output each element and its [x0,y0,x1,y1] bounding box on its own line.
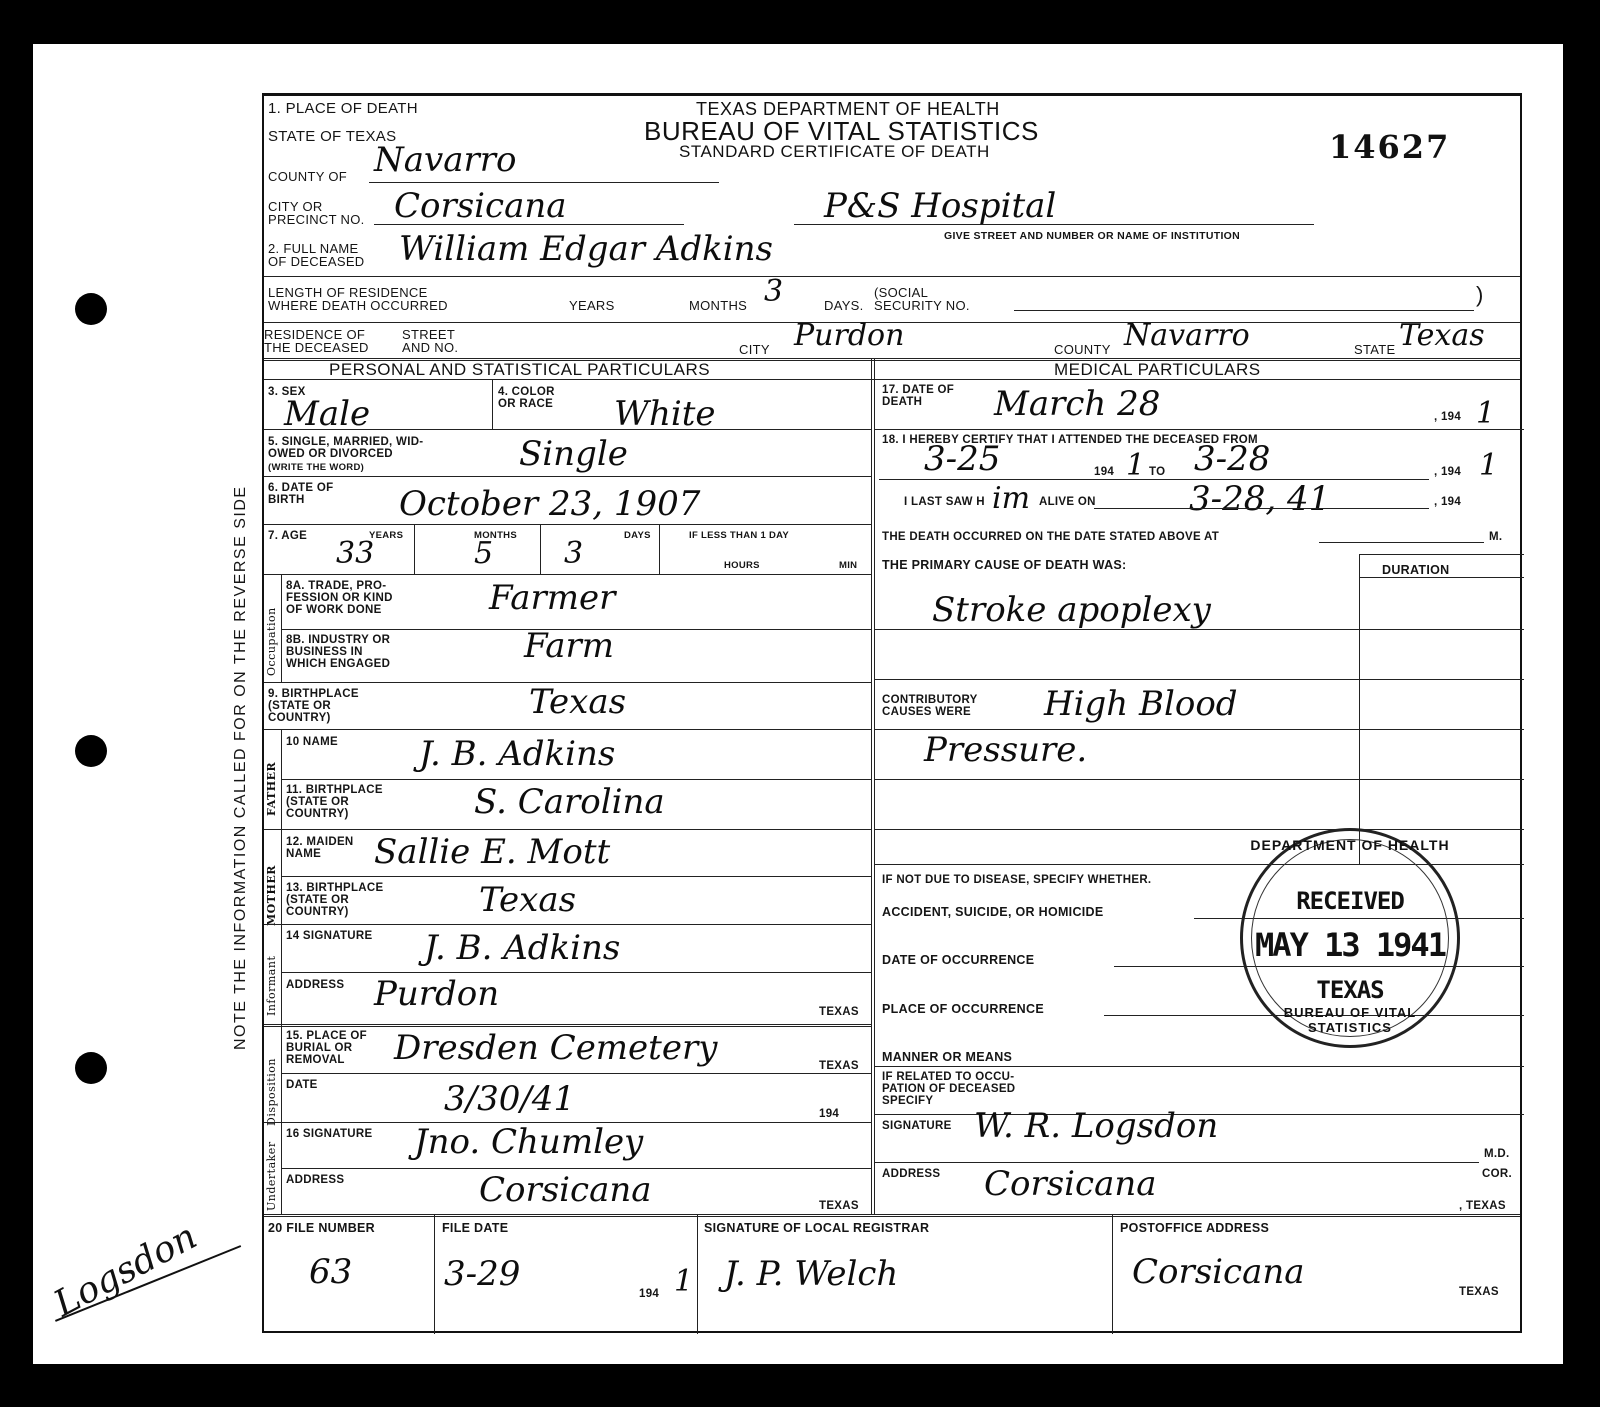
marital-value: Single [519,436,628,472]
years-label: YEARS [569,299,615,312]
to-label: TO [1149,466,1165,478]
death-occurred-label: THE DEATH OCCURRED ON THE DATE STATED AB… [882,531,1219,543]
institution-hint: GIVE STREET AND NUMBER OR NAME OF INSTIT… [944,230,1240,242]
industry-value: Farm [524,628,614,664]
age-months-value: 5 [474,536,493,572]
death-certificate-form: 1. PLACE OF DEATH STATE OF TEXAS TEXAS D… [262,93,1522,1333]
informant-address-value: Purdon [374,976,499,1012]
less-than-day-label: IF LESS THAN 1 DAY [689,530,789,542]
res-county-value: Navarro [1124,318,1250,354]
column-divider [871,358,875,1214]
alive-on-label: ALIVE ON [1039,496,1096,508]
primary-cause-label: THE PRIMARY CAUSE OF DEATH WAS: [882,559,1127,571]
father-group-label: FATHER [265,762,278,816]
file-number-value: 63 [309,1254,352,1290]
res-city-label: CITY [739,343,770,356]
ssn-label: (SOCIAL SECURITY NO. [874,286,970,312]
punch-hole-icon [75,735,107,767]
burial-date-label: DATE [286,1079,318,1091]
place-of-death-label: 1. PLACE OF DEATH [268,102,418,116]
deceased-name-value: William Edgar Adkins [399,231,773,267]
age-label: 7. AGE [268,530,307,542]
city-label: CITY OR PRECINCT NO. [268,200,365,226]
contributory-label: CONTRIBUTORY CAUSES WERE [882,694,978,718]
duration-label: DURATION [1382,564,1449,576]
file-date-label: FILE DATE [442,1222,508,1234]
trade-label: 8A. TRADE, PRO- FESSION OR KIND OF WORK … [286,580,393,616]
medical-section-title: MEDICAL PARTICULARS [1054,360,1261,380]
race-label: 4. COLOR OR RACE [498,386,555,410]
mother-name-value: Sallie E. Mott [374,834,610,870]
days-label: DAYS. [824,299,864,312]
mother-group-label: MOTHER [265,865,278,926]
undertaker-group-label: Undertaker [265,1141,278,1211]
file-year-digit: 1 [674,1264,693,1300]
personal-section-title: PERSONAL AND STATISTICAL PARTICULARS [329,360,710,380]
dob-value: October 23, 1907 [399,486,700,522]
age-days-value: 3 [564,536,583,572]
death-date-label: 17. DATE OF DEATH [882,384,954,408]
age-years-value: 33 [336,536,374,572]
occupation-group-label: Occupation [265,607,278,676]
undertaker-signature-label: 16 SIGNATURE [286,1128,372,1140]
md-label: M.D. [1484,1148,1509,1160]
informant-texas: TEXAS [819,1006,859,1018]
res-state-value: Texas [1399,318,1485,354]
stamp-date: MAY 13 1941 [1243,926,1457,964]
last-saw-year-prefix: , 194 [1434,496,1461,508]
contributory-value-2: Pressure. [924,732,1087,768]
reverse-side-note: NOTE THE INFORMATION CALLED FOR ON THE R… [232,485,250,1050]
form-title: STANDARD CERTIFICATE OF DEATH [679,142,990,162]
stamp-bottom-text: BUREAU OF VITAL STATISTICS [1243,1005,1457,1035]
street-label: STREET AND NO. [402,328,458,354]
informant-group-label: Informant [265,956,278,1016]
res-city-value: Purdon [794,318,904,354]
primary-cause-value: Stroke apoplexy [932,592,1211,628]
father-birthplace-value: S. Carolina [474,784,665,820]
postoffice-label: POSTOFFICE ADDRESS [1120,1222,1269,1234]
physician-address-label: ADDRESS [882,1168,940,1180]
registrar-value: J. P. Welch [724,1256,898,1292]
institution-value: P&S Hospital [824,188,1056,224]
sex-value: Male [284,396,370,432]
occurrence-place-label: PLACE OF OCCURRENCE [882,1003,1044,1015]
county-label: COUNTY OF [268,170,347,184]
occurrence-date-label: DATE OF OCCURRENCE [882,954,1034,966]
birthplace-value: Texas [529,684,626,720]
death-year-digit: 1 [1476,396,1495,432]
res-state-label: STATE [1354,343,1395,356]
last-saw-value: 3-28, 41 [1189,481,1330,517]
death-year-prefix: , 194 [1434,411,1461,423]
months-value: 3 [764,274,783,310]
file-year-prefix: 194 [639,1288,659,1300]
informant-signature-value: J. B. Adkins [424,930,620,966]
trade-value: Farmer [489,580,615,616]
residence-length-label: LENGTH OF RESIDENCE WHERE DEATH OCCURRED [268,286,448,312]
father-name-value: J. B. Adkins [419,736,615,772]
m-label: M. [1489,531,1502,543]
undertaker-signature-value: Jno. Chumley [414,1124,643,1160]
informant-address-label: ADDRESS [286,979,344,991]
stamp-received: RECEIVED [1243,887,1457,915]
marital-label: 5. SINGLE, MARRIED, WID- OWED OR DIVORCE… [268,436,423,460]
burial-year-prefix: 194 [819,1108,839,1120]
burial-date-value: 3/30/41 [444,1081,575,1117]
county-value: Navarro [374,142,516,178]
res-county-label: COUNTY [1054,343,1111,356]
father-birthplace-label: 11. BIRTHPLACE (STATE OR COUNTRY) [286,784,383,820]
manner-label: MANNER OR MEANS [882,1051,1012,1063]
months-label: MONTHS [689,299,747,312]
certificate-number: 14627 [1329,128,1450,166]
physician-address-value: Corsicana [984,1166,1157,1202]
min-label: MIN [839,560,857,572]
burial-value: Dresden Cemetery [394,1030,717,1066]
file-date-value: 3-29 [444,1256,520,1292]
file-number-label: 20 FILE NUMBER [268,1222,375,1234]
postoffice-value: Corsicana [1132,1254,1305,1290]
physician-signature-value: W. R. Logsdon [974,1108,1218,1144]
dob-label: 6. DATE OF BIRTH [268,482,333,506]
residence-label: RESIDENCE OF THE DECEASED [264,328,369,354]
received-stamp: DEPARTMENT OF HEALTH RECEIVED MAY 13 194… [1240,828,1460,1048]
attended-from-year-prefix: 194 [1094,466,1114,478]
informant-signature-label: 14 SIGNATURE [286,930,372,942]
last-saw-pronoun: im [992,481,1030,517]
not-disease-label: IF NOT DUE TO DISEASE, SPECIFY WHETHER. [882,874,1151,886]
accident-label: ACCIDENT, SUICIDE, OR HOMICIDE [882,906,1104,918]
city-value: Corsicana [394,188,567,224]
attended-to-year: 1 [1479,448,1498,484]
industry-label: 8B. INDUSTRY OR BUSINESS IN WHICH ENGAGE… [286,634,390,670]
undertaker-address-value: Corsicana [479,1172,652,1208]
race-value: White [614,396,716,432]
mother-birthplace-label: 13. BIRTHPLACE (STATE OR COUNTRY) [286,882,384,918]
registrar-label: SIGNATURE OF LOCAL REGISTRAR [704,1222,929,1234]
attended-to-year-prefix: , 194 [1434,466,1461,478]
burial-texas: TEXAS [819,1060,859,1072]
mother-birthplace-value: Texas [479,882,576,918]
punch-hole-icon [75,293,107,325]
mother-name-label: 12. MAIDEN NAME [286,836,354,860]
disposition-group-label: Disposition [265,1058,278,1126]
ssn-paren: ) [1476,288,1484,302]
attended-to-value: 3-28 [1194,441,1270,477]
last-saw-label: I LAST SAW H [904,496,985,508]
physician-signature-label: SIGNATURE [882,1120,952,1132]
father-name-label: 10 NAME [286,736,338,748]
age-days-label: DAYS [624,530,651,542]
undertaker-texas: TEXAS [819,1200,859,1212]
cor-label: COR. [1482,1168,1512,1180]
punch-hole-icon [75,1052,107,1084]
physician-texas: , TEXAS [1459,1200,1506,1212]
marital-hint: (WRITE THE WORD) [268,462,364,474]
death-date-value: March 28 [994,386,1160,422]
undertaker-address-label: ADDRESS [286,1174,344,1186]
deceased-name-label: 2. FULL NAME OF DECEASED [268,242,364,268]
hours-label: HOURS [724,560,760,572]
stamp-top-text: DEPARTMENT OF HEALTH [1243,837,1457,853]
postoffice-texas: TEXAS [1459,1286,1499,1298]
birthplace-label: 9. BIRTHPLACE (STATE OR COUNTRY) [268,688,359,724]
attended-from-value: 3-25 [924,441,1000,477]
burial-label: 15. PLACE OF BURIAL OR REMOVAL [286,1030,367,1066]
contributory-value-1: High Blood [1044,686,1238,722]
stamp-state: TEXAS [1243,976,1457,1004]
occupation-related-label: IF RELATED TO OCCU- PATION OF DECEASED S… [882,1071,1015,1107]
